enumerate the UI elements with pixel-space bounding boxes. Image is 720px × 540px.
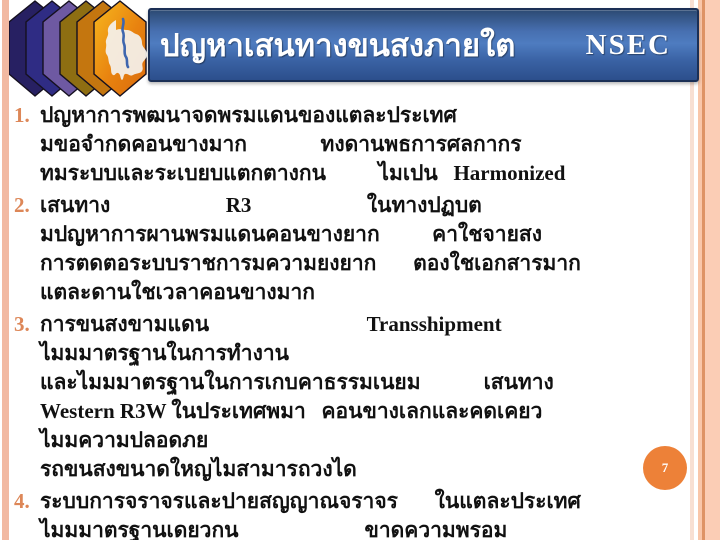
gms-hexagon-logo-icon: [9, 0, 147, 97]
item-text: ปญหาการพฒนาจดพรมแดนของแตละประเทศ มขอจำกด…: [40, 101, 690, 188]
list-item-4: 4. ระบบการจราจรและปายสญญาณจราจร ในแตละปร…: [14, 487, 690, 540]
text-line: รถขนสงขนาดใหญไมสามารถวงได: [40, 455, 690, 484]
list-item-2: 2. เสนทาง R3 ในทางปฏบต มปญหาการผานพรมแดน…: [14, 191, 690, 307]
text-line: ไมมมาตรฐานเดยวกน ขาดความพรอม: [40, 516, 690, 540]
page-number: 7: [662, 460, 669, 476]
text-line: แตละดานใชเวลาคอนขางมาก: [40, 278, 690, 307]
item-text: ระบบการจราจรและปายสญญาณจราจร ในแตละประเท…: [40, 487, 690, 540]
item-text: การขนสงขามแดน Transshipment ไมมมาตรฐานใน…: [40, 310, 690, 484]
item-number: 3.: [14, 310, 40, 484]
text-line: ระบบการจราจรและปายสญญาณจราจร ในแตละประเท…: [40, 487, 690, 516]
text-line: มขอจำกดคอนขางมาก ทงดานพธการศลกากร: [40, 130, 690, 159]
list-item-3: 3. การขนสงขามแดน Transshipment ไมมมาตรฐา…: [14, 310, 690, 484]
item-number: 4.: [14, 487, 40, 540]
item-text: เสนทาง R3 ในทางปฏบต มปญหาการผานพรมแดนคอน…: [40, 191, 690, 307]
text-line: การตดตอระบบราชการมความยงยาก ตองใชเอกสารม…: [40, 249, 690, 278]
text-line: และไมมมาตรฐานในการเกบคาธรรมเนยม เสนทาง: [40, 368, 690, 397]
corridor-name-badge: NSEC: [586, 29, 697, 62]
title-bar: ปญหาเสนทางขนสงภายใต NSEC: [148, 8, 699, 82]
right-border-stripe-4: [705, 0, 720, 540]
text-line: มปญหาการผานพรมแดนคอนขางยาก คาใชจายสง: [40, 220, 690, 249]
text-line: การขนสงขามแดน Transshipment: [40, 310, 690, 339]
item-number: 1.: [14, 101, 40, 188]
list-item-1: 1. ปญหาการพฒนาจดพรมแดนของแตละประเทศ มขอจ…: [14, 101, 690, 188]
item-number: 2.: [14, 191, 40, 307]
text-line: เสนทาง R3 ในทางปฏบต: [40, 191, 690, 220]
left-border-stripe: [2, 0, 9, 540]
text-line: ปญหาการพฒนาจดพรมแดนของแตละประเทศ: [40, 101, 690, 130]
text-line: Western R3W ในประเทศพมา คอนขางเลกและคดเค…: [40, 397, 690, 426]
text-line: ทมระบบและระเบยบแตกตางกน ไมเปน Harmonized: [40, 159, 690, 188]
text-line: ไมมมาตรฐานในการทำงาน: [40, 339, 690, 368]
text-line: ไมมความปลอดภย: [40, 426, 690, 455]
problem-list: 1. ปญหาการพฒนาจดพรมแดนของแตละประเทศ มขอจ…: [14, 101, 690, 540]
page-title: ปญหาเสนทางขนสงภายใต: [150, 20, 515, 70]
page-number-badge: 7: [643, 446, 687, 490]
